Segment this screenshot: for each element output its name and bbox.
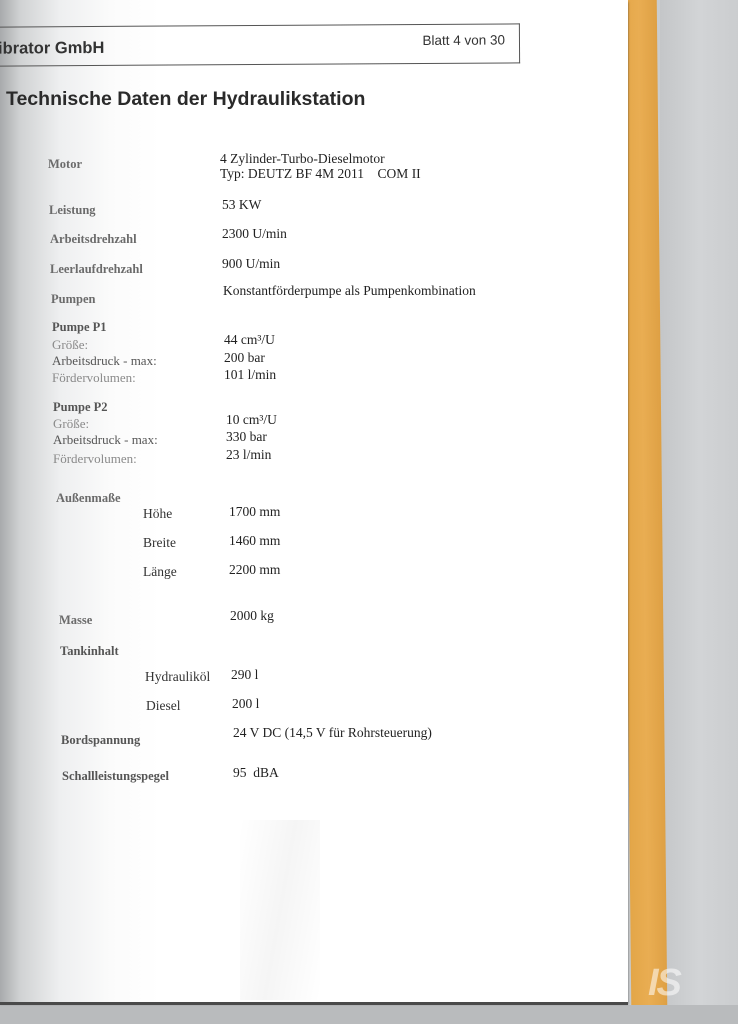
document-page: ibrator GmbH Blatt 4 von 30 Technische D… bbox=[0, 0, 628, 1002]
value-pumpen: Konstantförderpumpe als Pumpenkombinatio… bbox=[223, 283, 476, 299]
label-diesel: Diesel bbox=[146, 698, 181, 714]
value-p2-foerdervolumen: 23 l/min bbox=[226, 447, 271, 463]
company-name: ibrator GmbH bbox=[0, 39, 104, 59]
label-p1-arbeitsdruck: Arbeitsdruck - max: bbox=[52, 353, 157, 369]
value-schallleistungspegel: 95 dBA bbox=[233, 765, 279, 781]
paper-fold-shadow bbox=[240, 820, 320, 1000]
label-p1-foerdervolumen: Fördervolumen: bbox=[52, 370, 136, 386]
value-motor-line2: Typ: DEUTZ BF 4M 2011 COM II bbox=[220, 166, 421, 182]
page-title: Technische Daten der Hydraulikstation bbox=[6, 88, 365, 111]
label-p1-groesse: Größe: bbox=[52, 337, 88, 353]
value-bordspannung: 24 V DC (14,5 V für Rohrsteuerung) bbox=[233, 725, 432, 741]
scanner-bed bbox=[0, 1005, 738, 1024]
value-hydraulikoel: 290 l bbox=[231, 667, 258, 683]
value-p1-groesse: 44 cm³/U bbox=[224, 332, 275, 348]
label-pumpen: Pumpen bbox=[51, 292, 95, 307]
label-aussenmasse: Außenmaße bbox=[56, 491, 121, 506]
value-diesel: 200 l bbox=[232, 696, 259, 712]
label-bordspannung: Bordspannung bbox=[61, 733, 140, 748]
value-leistung: 53 KW bbox=[222, 197, 261, 213]
value-masse: 2000 kg bbox=[230, 608, 274, 624]
label-tankinhalt: Tankinhalt bbox=[60, 644, 119, 659]
value-p2-arbeitsdruck: 330 bar bbox=[226, 429, 267, 445]
label-leistung: Leistung bbox=[49, 203, 96, 218]
label-p2-arbeitsdruck: Arbeitsdruck - max: bbox=[53, 432, 158, 448]
value-p1-arbeitsdruck: 200 bar bbox=[224, 350, 265, 366]
label-p2-foerdervolumen: Fördervolumen: bbox=[53, 451, 137, 467]
label-arbeitsdrehzahl: Arbeitsdrehzahl bbox=[50, 232, 137, 247]
label-leerlaufdrehzahl: Leerlaufdrehzahl bbox=[50, 262, 143, 277]
value-hoehe: 1700 mm bbox=[229, 504, 280, 520]
page-number: Blatt 4 von 30 bbox=[422, 32, 505, 48]
backdrop bbox=[660, 0, 738, 1024]
label-breite: Breite bbox=[143, 535, 176, 551]
value-p2-groesse: 10 cm³/U bbox=[226, 412, 277, 428]
value-breite: 1460 mm bbox=[229, 533, 280, 549]
label-schallleistungspegel: Schallleistungspegel bbox=[62, 769, 169, 784]
label-masse: Masse bbox=[59, 613, 92, 628]
label-hoehe: Höhe bbox=[143, 506, 172, 522]
label-motor: Motor bbox=[48, 157, 82, 172]
label-hydraulikoel: Hydrauliköl bbox=[145, 669, 210, 685]
label-laenge: Länge bbox=[143, 564, 177, 580]
value-motor-line1: 4 Zylinder-Turbo-Dieselmotor bbox=[220, 151, 385, 167]
value-leerlaufdrehzahl: 900 U/min bbox=[222, 256, 280, 272]
value-laenge: 2200 mm bbox=[229, 562, 280, 578]
page-header: ibrator GmbH Blatt 4 von 30 bbox=[0, 23, 520, 66]
value-arbeitsdrehzahl: 2300 U/min bbox=[222, 226, 287, 242]
label-pumpe-p1: Pumpe P1 bbox=[52, 320, 107, 335]
label-p2-groesse: Größe: bbox=[53, 416, 89, 432]
label-pumpe-p2: Pumpe P2 bbox=[53, 400, 108, 415]
watermark: IS bbox=[648, 962, 680, 1005]
value-p1-foerdervolumen: 101 l/min bbox=[224, 367, 276, 383]
